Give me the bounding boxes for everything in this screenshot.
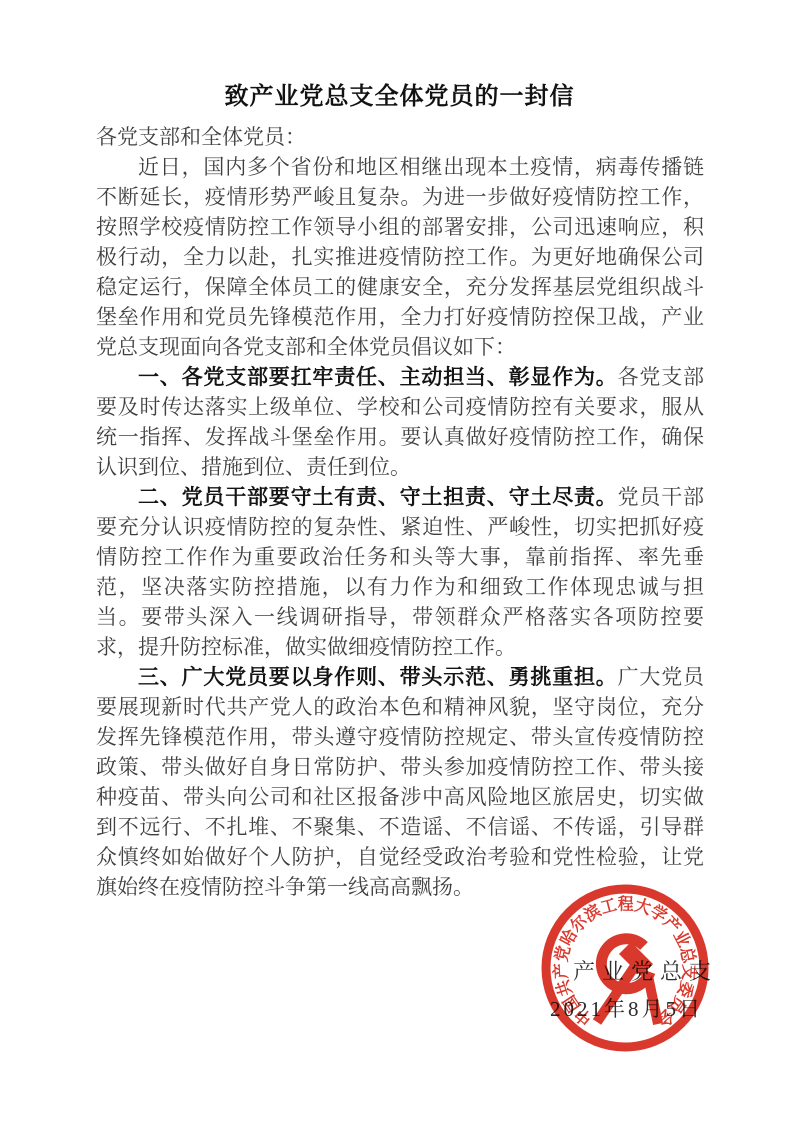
paragraph-section-3: 三、广大党员要以身作则、带头示范、勇挑重担。广大党员要展现新时代共产党人的政治本…: [96, 662, 704, 902]
section-3-heading: 三、广大党员要以身作则、带头示范、勇挑重担。: [138, 665, 618, 689]
letter-body: 各党支部和全体党员： 近日，国内多个省份和地区相继出现本土疫情，病毒传播链不断延…: [96, 122, 704, 902]
paragraph-section-1: 一、各党支部要扛牢责任、主动担当、彰显作为。各党支部要及时传达落实上级单位、学校…: [96, 362, 704, 482]
section-3-text: 广大党员要展现新时代共产党人的政治本色和精神风貌，坚守岗位，充分发挥先锋模范作用…: [96, 665, 704, 899]
sickle-handle: [648, 976, 658, 1024]
salutation: 各党支部和全体党员：: [96, 122, 704, 152]
official-seal: 中国共产党哈尔滨工程大学产业总支委员会: [535, 878, 715, 1058]
hammer-sickle-icon: [597, 939, 658, 1024]
section-1-heading: 一、各党支部要扛牢责任、主动担当、彰显作为。: [138, 365, 618, 389]
section-2-heading: 二、党员干部要守土有责、守土担责、守土尽责。: [138, 485, 618, 509]
letter-page: 致产业党总支全体党员的一封信 各党支部和全体党员： 近日，国内多个省份和地区相继…: [0, 0, 799, 1131]
hammer-head: [625, 948, 647, 970]
paragraph-intro: 近日，国内多个省份和地区相继出现本土疫情，病毒传播链不断延长，疫情形势严峻且复杂…: [96, 152, 704, 362]
paragraph-intro-text: 近日，国内多个省份和地区相继出现本土疫情，病毒传播链不断延长，疫情形势严峻且复杂…: [96, 155, 704, 359]
section-2-text: 党员干部要充分认识疫情防控的复杂性、紧迫性、严峻性，切实把抓好疫情防控工作作为重…: [96, 485, 704, 659]
letter-title: 致产业党总支全体党员的一封信: [0, 80, 799, 114]
paragraph-section-2: 二、党员干部要守土有责、守土担责、守土尽责。党员干部要充分认识疫情防控的复杂性、…: [96, 482, 704, 662]
